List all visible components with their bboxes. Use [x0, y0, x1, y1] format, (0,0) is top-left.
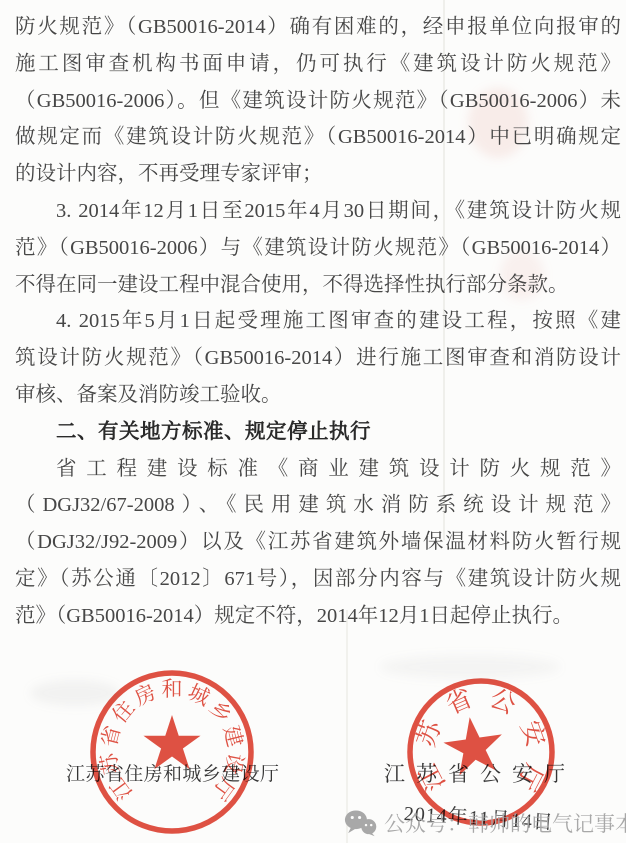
text-line: 审核、备案及消防竣工验收。 [15, 377, 621, 414]
text-line: 施工图审查机构书面申请，仍可执行《建筑设计防火规范》 [15, 46, 621, 83]
text-line: 防火规范》（GB50016-2014）确有困难的，经申报单位向报审的 [15, 9, 621, 46]
seal-text-char: 设 [220, 751, 248, 776]
seal-star-icon [143, 715, 200, 769]
seal-text-char: 苏 [96, 750, 124, 776]
text-line: 的设计内容，不再受理专家评审； [15, 156, 621, 193]
document-body: 防火规范》（GB50016-2014）确有困难的，经申报单位向报审的施工图审查机… [0, 0, 626, 635]
official-seal-left: 江苏省住房和城乡建设厅 [84, 664, 260, 840]
watermark-text: 公众号：韩帅的电气记事本 [384, 808, 626, 838]
text-line: 省工程建设标准《商业建筑设计防火规范》 [15, 451, 621, 488]
seal-text-char: 建 [219, 723, 247, 749]
text-line: 做规定而《建筑设计防火规范》（GB50016-2014）中已明确规定 [15, 119, 621, 156]
text-line: 定》（苏公通〔2012〕671号），因部分内容与《建筑设计防火规 [15, 561, 621, 598]
text-line: （GB50016-2006）。但《建筑设计防火规范》（GB50016-2006）… [15, 83, 621, 120]
section-heading: 二、有关地方标准、规定停止执行 [15, 414, 621, 451]
text-line: 范》（GB50016-2014）规定不符，2014年12月1日起停止执行。 [15, 598, 621, 635]
document-page: 防火规范》（GB50016-2014）确有困难的，经申报单位向报审的施工图审查机… [0, 0, 626, 843]
text-line: 筑设计防火规范》（GB50016-2014）进行施工图审查和消防设计 [15, 340, 621, 377]
text-line: 不得在同一建设工程中混合使用，不得选择性执行部分条款。 [15, 267, 621, 304]
watermark: 公众号：韩帅的电气记事本 [344, 808, 626, 838]
wechat-icon [344, 809, 377, 837]
seal-star-icon [440, 713, 506, 777]
text-line: （DGJ32/J92-2009）以及《江苏省建筑外墙保温材料防火暂行规 [15, 524, 621, 561]
text-line: （DGJ32/67-2008）、《民用建筑水消防系统设计规范》 [15, 487, 621, 524]
seal-text-char: 省 [97, 723, 125, 749]
seal-text-char: 和 [162, 677, 183, 701]
text-line: 3. 2014年12月1日至2015年4月30日期间，《建筑设计防火规 [15, 193, 621, 230]
text-line: 4. 2015年5月1日起受理施工图审查的建设工程，按照《建 [15, 303, 621, 340]
text-line: 范》（GB50016-2006）与《建筑设计防火规范》（GB50016-2014… [15, 230, 621, 267]
